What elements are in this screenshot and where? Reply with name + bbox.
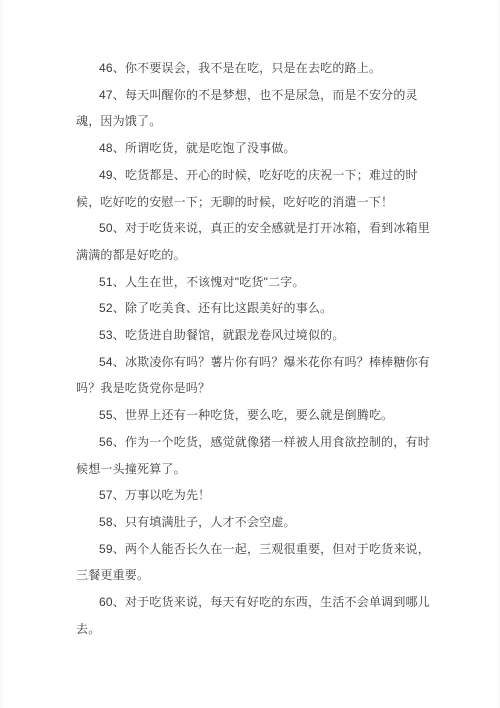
- quote-text: 对于吃货来说，每天有好吃的东西，生活不会单调到哪儿去。: [76, 595, 430, 636]
- quote-paragraph: 54、冰欺凌你有吗？薯片你有吗？爆米花你有吗？棒棒糖你有吗？我是吃货党你是吗？: [76, 349, 434, 402]
- quote-paragraph: 50、对于吃货来说，真正的安全感就是打开冰箱，看到冰箱里满满的都是好吃的。: [76, 215, 434, 268]
- document-page: 46、你不要误会，我不是在吃，只是在去吃的路上。47、每天叫醒你的不是梦想，也不…: [0, 0, 500, 708]
- quote-text: 吃货进自助餐馆，就跟龙卷风过境似的。: [125, 328, 345, 342]
- quote-paragraph: 49、吃货都是、开心的时候，吃好吃的庆祝一下；难过的时候，吃好吃的安慰一下；无聊…: [76, 162, 434, 215]
- quote-text: 只有填满肚子，人才不会空虚。: [125, 515, 296, 529]
- quote-text: 人生在世，不该愧对"吃货"二字。: [125, 275, 305, 289]
- quote-number: 55、: [99, 408, 125, 422]
- quote-number: 48、: [99, 141, 125, 155]
- quote-number: 49、: [99, 168, 125, 182]
- quote-number: 47、: [99, 88, 125, 102]
- quote-number: 46、: [99, 61, 125, 75]
- quote-number: 59、: [99, 542, 125, 556]
- quote-number: 54、: [99, 355, 125, 369]
- quote-number: 52、: [99, 301, 125, 315]
- quote-number: 50、: [99, 221, 125, 235]
- quote-paragraph: 56、作为一个吃货，感觉就像猪一样被人用食欲控制的，有时候想一头撞死算了。: [76, 429, 434, 482]
- quote-paragraph: 46、你不要误会，我不是在吃，只是在去吃的路上。: [76, 55, 434, 82]
- quote-text: 两个人能否长久在一起，三观很重要，但对于吃货来说，三餐更重要。: [76, 542, 430, 583]
- quote-number: 56、: [99, 435, 125, 449]
- quote-paragraph: 60、对于吃货来说，每天有好吃的东西，生活不会单调到哪儿去。: [76, 589, 434, 642]
- quote-list: 46、你不要误会，我不是在吃，只是在去吃的路上。47、每天叫醒你的不是梦想，也不…: [76, 55, 434, 642]
- quote-number: 57、: [99, 488, 125, 502]
- quote-text: 你不要误会，我不是在吃，只是在去吃的路上。: [125, 61, 381, 75]
- quote-paragraph: 48、所谓吃货，就是吃饱了没事做。: [76, 135, 434, 162]
- quote-number: 51、: [99, 275, 125, 289]
- quote-paragraph: 51、人生在世，不该愧对"吃货"二字。: [76, 269, 434, 296]
- quote-paragraph: 52、除了吃美食、还有比这跟美好的事么。: [76, 295, 434, 322]
- quote-text: 万事以吃为先！: [125, 488, 210, 502]
- quote-number: 53、: [99, 328, 125, 342]
- quote-paragraph: 53、吃货进自助餐馆，就跟龙卷风过境似的。: [76, 322, 434, 349]
- quote-paragraph: 57、万事以吃为先！: [76, 482, 434, 509]
- quote-text: 每天叫醒你的不是梦想，也不是尿急，而是不安分的灵魂，因为饿了。: [76, 88, 418, 129]
- quote-paragraph: 55、世界上还有一种吃货，要么吃，要么就是倒腾吃。: [76, 402, 434, 429]
- quote-paragraph: 59、两个人能否长久在一起，三观很重要，但对于吃货来说，三餐更重要。: [76, 536, 434, 589]
- quote-number: 60、: [99, 595, 125, 609]
- quote-paragraph: 47、每天叫醒你的不是梦想，也不是尿急，而是不安分的灵魂，因为饿了。: [76, 82, 434, 135]
- quote-text: 除了吃美食、还有比这跟美好的事么。: [125, 301, 332, 315]
- quote-text: 世界上还有一种吃货，要么吃，要么就是倒腾吃。: [125, 408, 393, 422]
- quote-text: 吃货都是、开心的时候，吃好吃的庆祝一下；难过的时候，吃好吃的安慰一下；无聊的时候…: [76, 168, 418, 209]
- quote-text: 作为一个吃货，感觉就像猪一样被人用食欲控制的，有时候想一头撞死算了。: [76, 435, 430, 476]
- quote-number: 58、: [99, 515, 125, 529]
- quote-text: 对于吃货来说，真正的安全感就是打开冰箱，看到冰箱里满满的都是好吃的。: [76, 221, 430, 262]
- quote-paragraph: 58、只有填满肚子，人才不会空虚。: [76, 509, 434, 536]
- quote-text: 冰欺凌你有吗？薯片你有吗？爆米花你有吗？棒棒糖你有吗？我是吃货党你是吗？: [76, 355, 430, 396]
- quote-text: 所谓吃货，就是吃饱了没事做。: [125, 141, 296, 155]
